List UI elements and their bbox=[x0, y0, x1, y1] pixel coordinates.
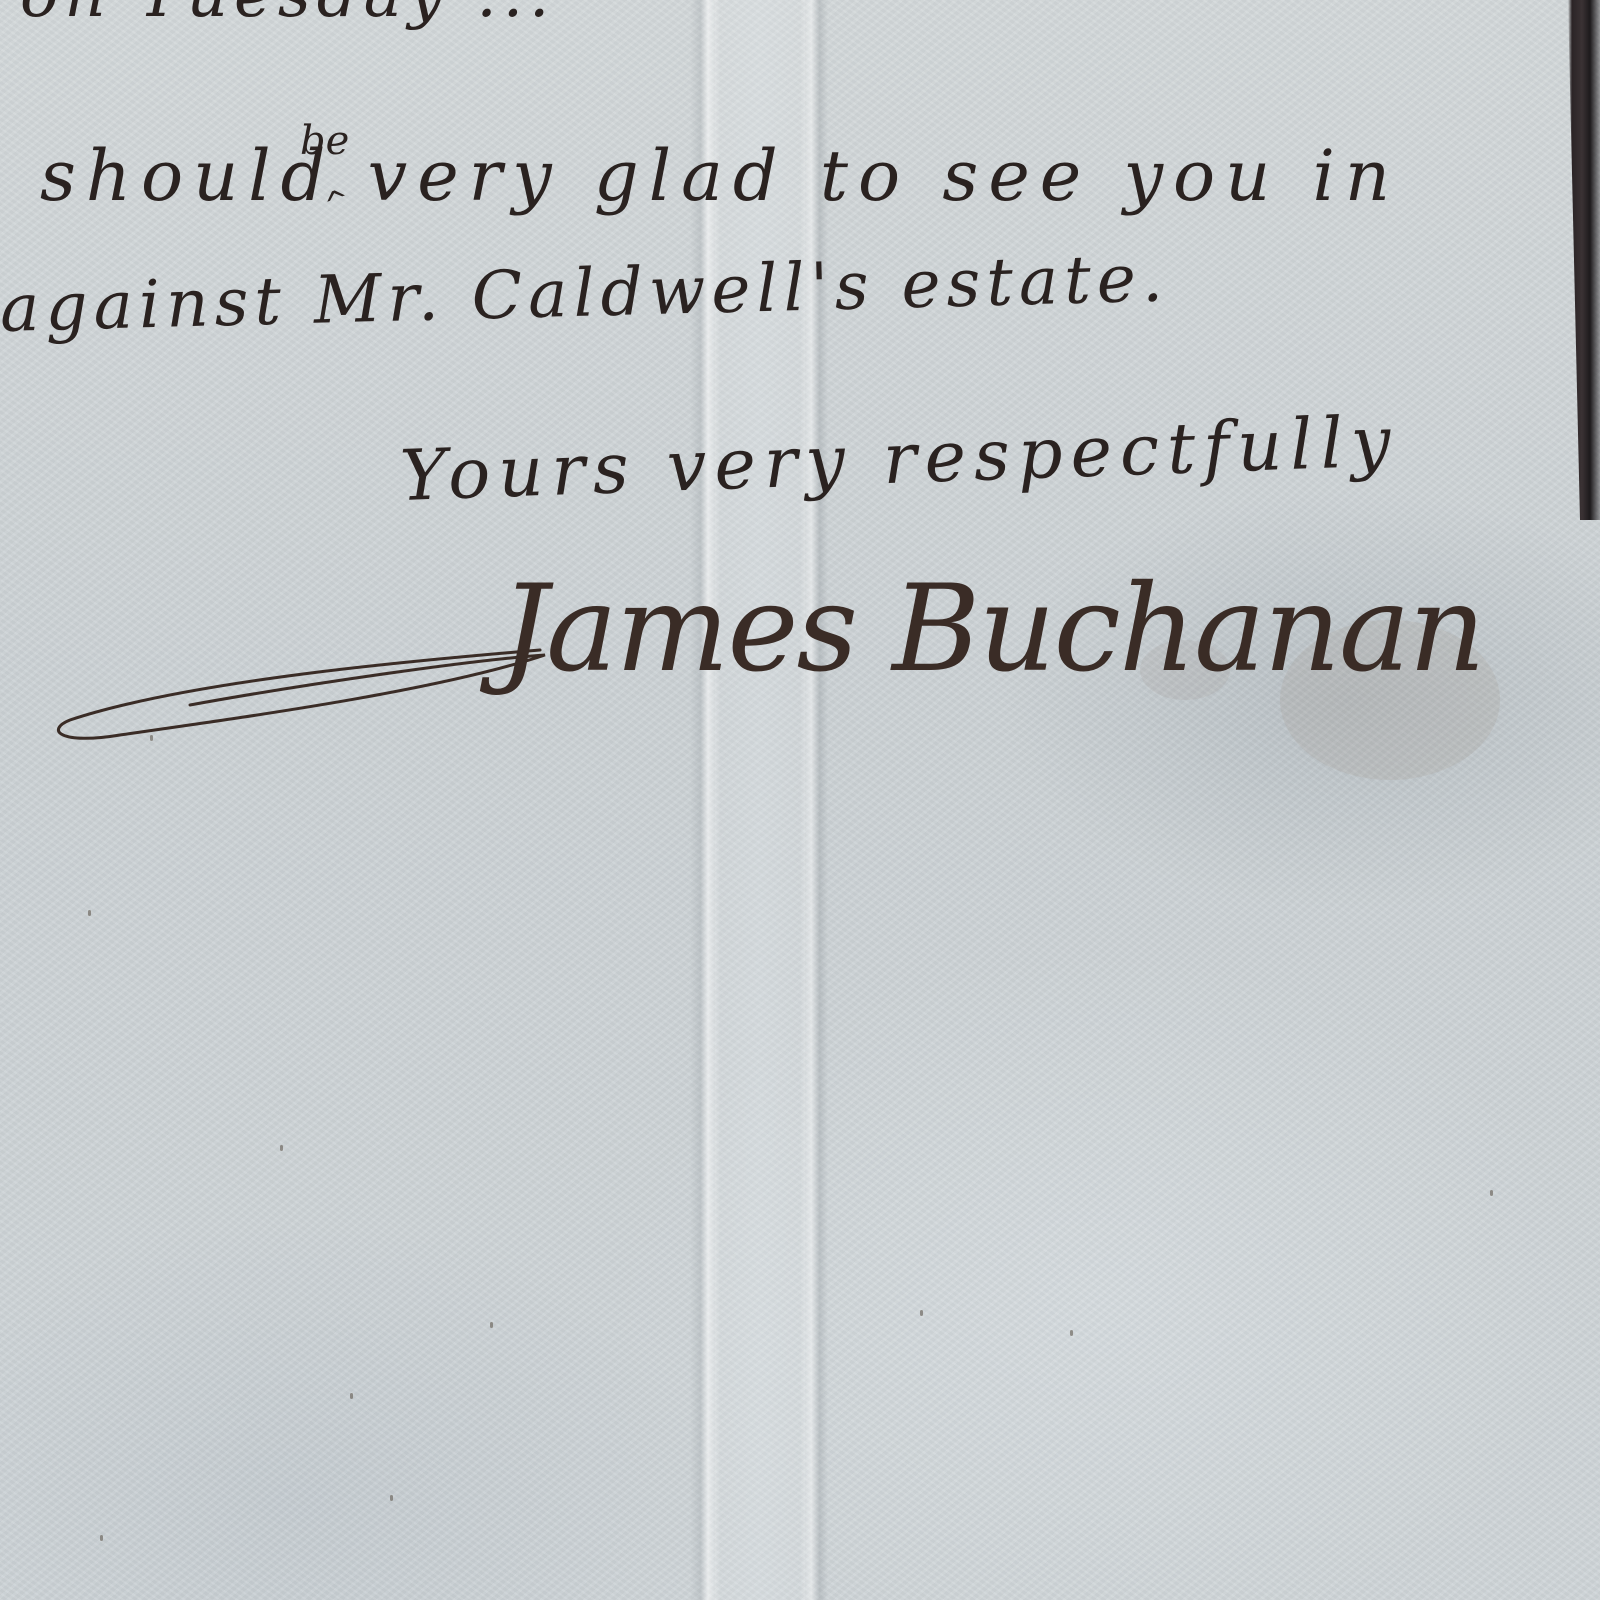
paper-speck bbox=[920, 1310, 923, 1316]
letter-line-3: against Mr. Caldwell's estate. bbox=[0, 239, 1170, 347]
paper-speck bbox=[490, 1322, 493, 1328]
paper-speck bbox=[1490, 1190, 1493, 1196]
paper-speck bbox=[88, 910, 91, 916]
paper-speck bbox=[280, 1145, 283, 1151]
paper-speck bbox=[390, 1495, 393, 1501]
frame-edge bbox=[1560, 0, 1600, 520]
fold-line-right bbox=[800, 0, 828, 1600]
closing-line: Yours very respectfully bbox=[399, 400, 1400, 517]
letter-photo: on Tuesday ... be ^ should very glad to … bbox=[0, 0, 1600, 1600]
paper-texture bbox=[0, 0, 1600, 1600]
letter-line-2: should very glad to see you in bbox=[40, 135, 1400, 217]
paper-speck bbox=[150, 735, 153, 741]
paper-speck bbox=[1070, 1330, 1073, 1336]
letter-line-1: on Tuesday ... bbox=[20, 0, 555, 32]
signature: James Buchanan bbox=[500, 560, 1484, 699]
fold-band bbox=[715, 0, 805, 1600]
fold-line-left bbox=[690, 0, 720, 1600]
paper-speck bbox=[100, 1535, 103, 1541]
signature-flourish-icon bbox=[40, 620, 560, 750]
paper-speck bbox=[350, 1393, 353, 1399]
